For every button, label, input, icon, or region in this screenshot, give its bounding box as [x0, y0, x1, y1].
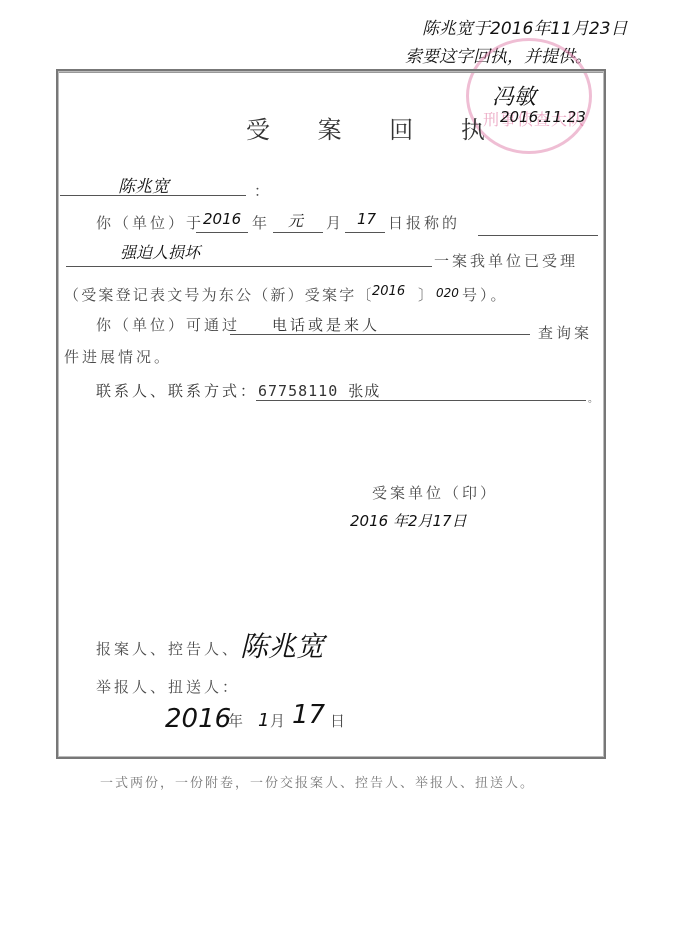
addressee-colon: ：: [254, 180, 272, 201]
year-label: 年: [252, 212, 270, 233]
case-name: 强迫人损坏: [120, 240, 200, 263]
register-number: 020: [436, 286, 459, 300]
report-year: 2016: [203, 210, 241, 228]
register-suffix: 号）。: [462, 284, 509, 305]
contact-end: 。: [588, 390, 601, 405]
annotation-line-1: 陈兆宽于2016年11月23日: [422, 14, 628, 39]
inquiry-suffix: 查询案: [538, 322, 592, 343]
inquiry-method: 电话或是来人: [272, 314, 380, 335]
register-mid: 〕: [418, 284, 436, 305]
contact-label: 联系人、联系方式：: [96, 380, 258, 401]
day-label: 日报称的: [388, 212, 460, 233]
inquiry-prefix: 你（单位）可通过: [96, 314, 240, 335]
month-underline: [273, 232, 323, 233]
month-label: 月: [326, 212, 344, 233]
reporter-label-2: 举报人、扭送人：: [96, 676, 240, 697]
report-month: 元: [288, 210, 303, 231]
reporter-date-month: 1: [258, 710, 269, 731]
contact-value: 67758110 张成: [258, 380, 380, 401]
page-title: 受 案 回 执: [246, 110, 505, 145]
case-underline: [66, 266, 432, 267]
issuer-label: 受案单位（印）: [372, 482, 498, 503]
contact-underline: [256, 400, 586, 401]
report-underline: [478, 235, 598, 236]
report-prefix: 你（单位）于: [96, 212, 204, 233]
inquiry-continuation: 件进展情况。: [64, 346, 172, 367]
issuer-date: 2016 年2月17日: [350, 510, 467, 531]
addressee-name: 陈兆宽: [118, 172, 169, 197]
report-day: 17: [357, 210, 376, 228]
register-year: 2016: [372, 284, 405, 299]
reporter-date-day-label: 日: [330, 710, 348, 731]
reporter-signature: 陈兆宽: [240, 625, 324, 665]
reporter-label-1: 报案人、控告人、: [96, 638, 240, 659]
reporter-date-year: 2016: [165, 704, 231, 734]
inquiry-underline: [230, 334, 530, 335]
footer-note: 一式两份，一份附卷，一份交报案人、控告人、举报人、扭送人。: [100, 772, 535, 791]
year-underline: [196, 232, 248, 233]
register-prefix: （受案登记表文号为东公（新）受案字〔: [64, 284, 374, 305]
reporter-date-day: 17: [292, 700, 325, 730]
reporter-date-year-label: 年: [228, 710, 246, 731]
reporter-date-month-label: 月: [270, 710, 288, 731]
accepted-text: 一案我单位已受理: [434, 250, 578, 271]
day-underline: [345, 232, 385, 233]
